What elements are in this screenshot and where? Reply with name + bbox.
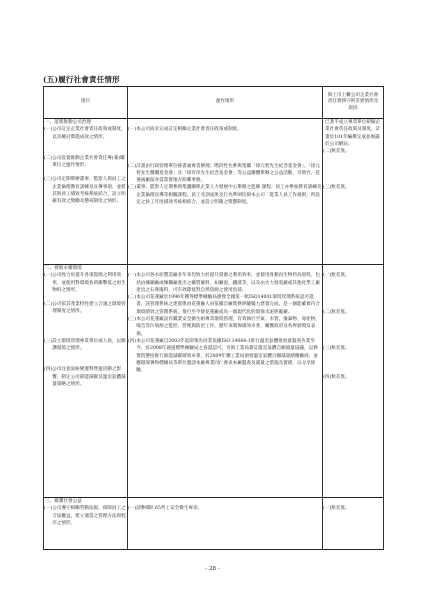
difference-text: (三)無差異。: [323, 345, 383, 352]
table-section-governance: 一、落實推動公司治理 (一) 公司訂定企業社會責任政策或制度，以及檢討實施成效之…: [44, 119, 384, 265]
page-number: - 28 -: [0, 566, 425, 572]
table-section-social: 三、維護社會公益 (一) 公司遵守相關勞動法規，保障員工之合法權益，建立適當之管…: [44, 498, 384, 550]
csr-table: 項目 運作情形 與上市上櫃公司企業社會責任實務守則差異情形及原因 一、落實推動公…: [43, 86, 384, 550]
operation-cell: (一) 本公司各水泥製造廠多年來均致力於提升資源之利用效率，並使用各類再生物料為…: [128, 265, 323, 498]
difference-cell: 已著手成立專責單位研擬企業社會責任政策及制度，計畫於101年編撰完成並揭露於公司…: [323, 119, 384, 265]
difference-text: (一)無差異。: [323, 272, 383, 279]
item-row: (一) 公司訂定企業社會責任政策或制度，以及檢討實施成效之情形。: [44, 126, 127, 141]
difference-text: 已著手成立專責單位研擬企業社會責任政策及制度，計畫於101年編撰完成並揭露於公司…: [323, 119, 383, 148]
item-cell: 二、發展永續環境 (一) 公司致力於提升各項資源之利用效率，並使用對環境負荷衝擊…: [44, 265, 128, 498]
difference-text: (三)無差異。: [323, 184, 383, 191]
item-cell: 一、落實推動公司治理 (一) 公司訂定企業社會責任政策或制度，以及檢討實施成效之…: [44, 119, 128, 265]
item-row: (一) 公司致力於提升各項資源之利用效率，並使用對環境負荷衝擊低之再生物料之情形…: [44, 272, 127, 294]
item-row: (三) 公司定期舉辦董事、監察人與員工之企業倫理教育訓練及宣導事項，並將其與員工…: [44, 176, 127, 205]
header-operation: 運作情形: [128, 87, 323, 119]
operation-row: (三) 董事、監察人定期參與集團關係企業人力發展中心舉辦之進修 課程；員工亦參加…: [128, 184, 322, 206]
operation-row: (一) 本公司各水泥製造廠多年來均致力於提升資源之利用效率，並使用各類再生物料為…: [128, 272, 322, 294]
operation-row: (一) 本公司尚未完成訂定相關企業社會責任政策或制度。: [128, 126, 322, 133]
item-row: (二) 公司依其產業特性建立合適之環境管理制度之情形。: [44, 301, 127, 316]
difference-text: (一)無差異。: [323, 505, 383, 512]
operation-row: (四) 本公司花蓮廠自2003年起即領先同業依據ISO 14064-1推行溫室氣…: [128, 338, 322, 374]
item-row: (二) 公司設置推動企業社會責任專(兼)職單位之運作情形。: [44, 155, 127, 170]
section-title: (五)履行社會責任情形: [43, 74, 120, 85]
item-row: (三) 設立環境管理專責單位或人員，以維護環境之情形。: [44, 338, 127, 353]
section-heading: 三、維護社會公益: [44, 498, 127, 505]
operation-cell: (一) 請參閱P. 65勞工安全衛生專章。: [128, 498, 323, 550]
difference-text: (二)無差異。: [323, 309, 383, 316]
difference-cell: (一)無差異。 (二)無差異。 (三)無差異。 (四)無差異。: [323, 265, 384, 498]
operation-cell: (一) 本公司尚未完成訂定相關企業社會責任政策或制度。 (二) 計畫由行政管理單…: [128, 119, 323, 265]
difference-cell: (一)無差異。: [323, 498, 384, 550]
section-heading: 一、落實推動公司治理: [44, 119, 127, 126]
header-item: 項目: [44, 87, 128, 119]
operation-row: (一) 請參閱P. 65勞工安全衛生專章。: [128, 505, 322, 512]
table-header-row: 項目 運作情形 與上市上櫃公司企業社會責任實務守則差異情形及原因: [44, 87, 384, 119]
operation-row: (二) 本公司花蓮廠於1996年獲得標準檢驗局頒發全國第一紙ISO14001環境…: [128, 294, 322, 316]
section-heading: 二、發展永續環境: [44, 265, 127, 272]
operation-row: (三) 本公司花蓮廠設有職業安全衛生組專責環境管理，有效執行空氣、水質、廢棄物、…: [128, 316, 322, 338]
difference-text: (二)無差異。: [323, 148, 383, 155]
item-row: (一) 公司遵守相關勞動法規，保障員工之合法權益，建立適當之管理方法與程序之情形…: [44, 505, 127, 527]
item-row: (四) 公司注意氣候變遷對營運活動之影響，制定公司節能減碳及溫室氣體減量策略之情…: [44, 366, 127, 388]
operation-row: (二) 計畫由行政管理單位秘書處專責辦理；階段性先參與集團「徐元智先生紀念基金會…: [128, 163, 322, 185]
difference-text: (四)無差異。: [323, 374, 383, 381]
header-difference: 與上市上櫃公司企業社會責任實務守則差異情形及原因: [323, 87, 384, 119]
table-section-environment: 二、發展永續環境 (一) 公司致力於提升各項資源之利用效率，並使用對環境負荷衝擊…: [44, 265, 384, 498]
item-cell: 三、維護社會公益 (一) 公司遵守相關勞動法規，保障員工之合法權益，建立適當之管…: [44, 498, 128, 550]
